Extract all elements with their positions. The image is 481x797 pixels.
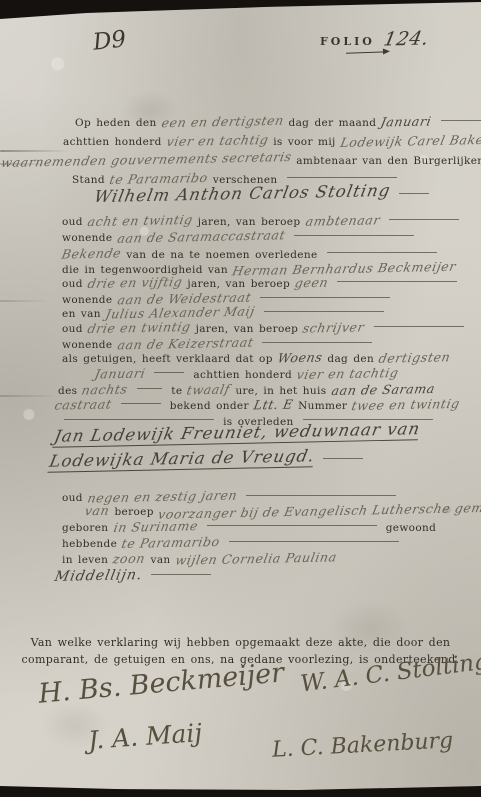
ink-dash	[207, 525, 377, 526]
ink-dash	[260, 297, 390, 298]
ink-dash	[287, 177, 397, 178]
ink-dash	[327, 252, 437, 253]
act-line-opening-date: Op heden den een en dertigsten dag der m…	[75, 111, 481, 129]
handwritten-deceased-name: Jan Lodewijk Freuniet, weduwnaar van	[52, 419, 422, 448]
printed-text: oud	[62, 492, 83, 504]
handwritten-year: vier en tachtig	[165, 132, 270, 149]
ink-dash	[323, 458, 363, 459]
handwritten-text: zoon	[112, 551, 147, 567]
signature-witness2: J. A. Maij	[87, 718, 203, 755]
act-line-parentage: in leven zoon van wijlen Cornelia Paulin…	[62, 548, 336, 566]
ink-dash	[399, 193, 429, 194]
margin-mark: D9	[92, 26, 128, 55]
folio-label: FOLIO	[320, 35, 375, 48]
ink-dash	[389, 219, 459, 220]
printed-text: is voor mij	[273, 136, 335, 148]
ink-dash	[441, 120, 481, 121]
ink-dash	[154, 372, 184, 373]
scan-streak	[0, 300, 48, 302]
act-line-deceased-spouse: Lodewijka Maria de Vreugd.	[50, 449, 367, 473]
ink-dash	[337, 281, 457, 282]
act-line-official-title: waarnemenden gouvernements secretaris am…	[2, 149, 481, 167]
act-line-year-official: achttien honderd vier en tachtig is voor…	[63, 130, 481, 148]
signature-official: L. C. Bakenburg	[271, 728, 453, 762]
printed-text: ambtenaar van den Burgerlijken	[296, 155, 481, 167]
ink-dash	[121, 403, 161, 404]
act-line-declarant-name: Wilhelm Anthon Carlos Stolting	[95, 184, 433, 208]
handwritten-day: een en dertigsten	[160, 113, 285, 131]
act-line-deceased-name: Jan Lodewijk Freuniet, weduwnaar van	[55, 423, 419, 447]
printed-text: achttien honderd	[63, 136, 162, 148]
ink-dash	[246, 495, 396, 496]
folio-header: FOLIO 124.	[320, 28, 429, 50]
handwritten-declarant-name: Wilhelm Anthon Carlos Stolting	[93, 181, 393, 206]
ink-dash	[264, 311, 384, 312]
act-line-declarant-address: wonende aan de Saramaccastraat	[62, 226, 418, 244]
ink-dash	[229, 541, 399, 542]
handwritten-official-name: Lodewijk Carel Bakenburg	[339, 131, 481, 150]
folio-underline-arrow	[346, 51, 388, 53]
handwritten-spouse-name: Lodewijka Maria de Vreugd.	[47, 446, 316, 473]
folio-number: 124.	[382, 28, 431, 51]
handwritten-month: Januari	[380, 113, 433, 129]
handwritten-mother-surname: Middellijn.	[53, 567, 144, 585]
printed-text: dag der maand	[289, 117, 377, 129]
scanned-death-certificate: D9 FOLIO 124. Op heden den een en dertig…	[0, 0, 481, 797]
paper-sheet: D9 FOLIO 124. Op heden den een en dertig…	[0, 0, 481, 797]
ink-dash	[137, 388, 162, 389]
ink-dash	[294, 235, 414, 236]
scan-streak	[0, 395, 60, 397]
printed-text: Op heden den	[75, 117, 157, 129]
ink-dash	[262, 342, 372, 343]
ink-dash	[151, 574, 211, 575]
handwritten-title: waarnemenden gouvernements secretaris	[0, 149, 293, 170]
ink-dash	[64, 419, 214, 420]
act-line-mother-surname: Middellijn.	[55, 565, 215, 587]
ink-dash	[374, 326, 464, 327]
